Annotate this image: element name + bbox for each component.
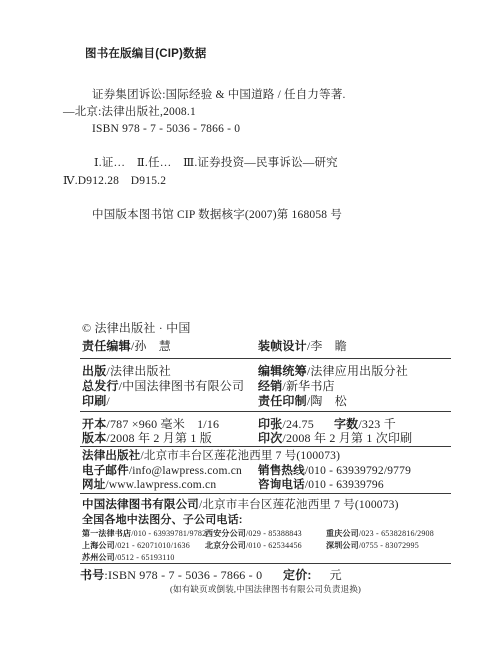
sales-hotline-value: /010 - 63939792/9779 xyxy=(305,465,411,477)
email-label: 电子邮件 xyxy=(82,465,129,477)
branch-cell: 第一法律书店/010 - 63939781/9782 xyxy=(82,529,205,539)
branch-label: 北京分公司 xyxy=(205,541,246,550)
book-number-row: 书号:ISBN 978 - 7 - 5036 - 7866 - 0 定价:元 xyxy=(80,568,262,582)
publisher-value: /法律出版社 xyxy=(106,364,171,378)
edition-cell: 版本/2008 年 2 月第 1 版 xyxy=(82,431,258,445)
sales-hotline-cell: 销售热线/010 - 63939792/9779 xyxy=(258,464,411,478)
format-cell: 开本/787 ×960 毫米 1/16 xyxy=(82,417,258,431)
replacement-note: (如有缺页或倒装,中国法律图书有限公司负责退换) xyxy=(170,582,361,596)
cip-imprint-line: —北京:法律出版社,2008.1 xyxy=(63,105,196,119)
branch-phone: /029 - 85388843 xyxy=(246,529,302,538)
branch-cell: 深圳公司/0755 - 83072995 xyxy=(326,541,419,550)
price-cell: 定价:元 xyxy=(283,568,342,582)
format-value: /787 ×960 毫米 1/16 xyxy=(106,417,219,431)
inquiry-phone-label: 咨询电话 xyxy=(258,479,305,491)
print-supervisor-cell: 责任印制/陶 松 xyxy=(258,394,347,408)
branch-label: 第一法律书店 xyxy=(82,529,131,538)
email-row: 电子邮件/info@lawpress.com.cn销售热线/010 - 6393… xyxy=(82,464,411,478)
inquiry-phone-cell: 咨询电话/010 - 63939796 xyxy=(258,478,384,492)
website-label: 网址 xyxy=(82,479,105,491)
staff-row: 责任编辑/孙 慧装帧设计/李 瞻 xyxy=(82,339,347,353)
printer-cell: 印刷/ xyxy=(82,394,258,408)
horizontal-rule-2 xyxy=(80,411,451,412)
branch-phone: /0755 - 83072995 xyxy=(359,541,419,550)
horizontal-rule-1 xyxy=(80,358,451,359)
coordination-cell: 编辑统筹/法律应用出版分社 xyxy=(258,364,408,378)
website-value: /www.lawpress.com.cn xyxy=(105,479,216,491)
retail-value: /新华书店 xyxy=(282,379,334,393)
coordination-value: /法律应用出版分社 xyxy=(307,364,408,378)
branch-row-3: 苏州公司/0512 - 65193110 xyxy=(82,553,205,563)
cip-title-line: 证券集团诉讼:国际经验 & 中国道路 / 任自力等著. xyxy=(92,88,346,102)
cip-class-line: Ⅳ.D912.28 D915.2 xyxy=(63,174,166,188)
bookstore-address-row: 中国法律图书有限公司/北京市丰台区莲花池西里 7 号(100073) xyxy=(82,498,399,512)
publish-row: 出版/法律出版社编辑统筹/法律应用出版分社 xyxy=(82,364,408,378)
branch-label: 上海公司 xyxy=(82,541,115,550)
wordcount-pair: 字数/323 千 xyxy=(334,417,396,431)
cip-subject-line: Ⅰ.证… Ⅱ.任… Ⅲ.证券投资—民事诉讼—研究 xyxy=(94,156,338,170)
format-row: 开本/787 ×960 毫米 1/16印张/24.75字数/323 千 xyxy=(82,417,396,431)
sales-hotline-label: 销售热线 xyxy=(258,465,305,477)
sheets-value: /24.75 xyxy=(282,417,314,431)
branch-cell: 北京分公司/010 - 62534456 xyxy=(205,541,326,551)
branch-cell: 重庆公司/023 - 65382816/2908 xyxy=(326,529,434,538)
price-value: 元 xyxy=(330,568,342,582)
designer-label: 装帧设计 xyxy=(258,339,307,353)
impression-value: /2008 年 2 月第 1 次印刷 xyxy=(282,431,412,445)
website-cell: 网址/www.lawpress.com.cn xyxy=(82,478,258,492)
email-value: /info@lawpress.com.cn xyxy=(129,465,242,477)
retail-label: 经销 xyxy=(258,379,282,393)
branch-phones-heading: 全国各地中法图分、子公司电话: xyxy=(82,513,243,527)
press-address-row: 法律出版社/北京市丰台区莲花池西里 7 号(100073) xyxy=(82,449,340,463)
branch-row-2: 上海公司/021 - 62071010/1636北京分公司/010 - 6253… xyxy=(82,541,419,551)
editor-label: 责任编辑 xyxy=(82,339,131,353)
print-supervisor-label: 责任印制 xyxy=(258,394,307,408)
branch-label: 苏州公司 xyxy=(82,553,115,562)
branch-phone: /010 - 63939781/9782 xyxy=(131,529,206,538)
book-number-label: 书号 xyxy=(80,568,104,582)
price-label: 定价: xyxy=(283,568,312,582)
cip-record-line: 中国版本图书馆 CIP 数据核字(2007)第 168058 号 xyxy=(92,208,342,222)
horizontal-rule-3 xyxy=(80,446,451,447)
sheets-label: 印张 xyxy=(258,417,282,431)
branch-phone: /0512 - 65193110 xyxy=(115,553,175,562)
website-row: 网址/www.lawpress.com.cn咨询电话/010 - 6393979… xyxy=(82,478,384,492)
cip-isbn-line: ISBN 978 - 7 - 5036 - 7866 - 0 xyxy=(92,122,240,136)
branch-cell: 上海公司/021 - 62071010/1636 xyxy=(82,541,205,551)
book-number-value: :ISBN 978 - 7 - 5036 - 7866 - 0 xyxy=(104,568,262,582)
editor-cell: 责任编辑/孙 慧 xyxy=(82,339,258,353)
wordcount-label: 字数 xyxy=(334,417,358,431)
branch-phone: /010 - 62534456 xyxy=(246,541,302,550)
impression-cell: 印次/2008 年 2 月第 1 次印刷 xyxy=(258,431,412,445)
distribution-row: 总发行/中国法律图书有限公司经销/新华书店 xyxy=(82,379,335,393)
press-name-label: 法律出版社 xyxy=(82,450,141,462)
publisher-cell: 出版/法律出版社 xyxy=(82,364,258,378)
copyright-page: 图书在版编目(CIP)数据 证券集团诉讼:国际经验 & 中国道路 / 任自力等著… xyxy=(0,0,504,648)
general-distributor-label: 总发行 xyxy=(82,379,119,393)
branch-label: 重庆公司 xyxy=(326,529,359,538)
editor-value: /孙 慧 xyxy=(131,339,171,353)
edition-row: 版本/2008 年 2 月第 1 版印次/2008 年 2 月第 1 次印刷 xyxy=(82,431,412,445)
branch-phone: /023 - 65382816/2908 xyxy=(359,529,434,538)
branch-label: 西安分公司 xyxy=(205,529,246,538)
printing-row: 印刷/责任印制/陶 松 xyxy=(82,394,347,408)
press-address-value: /北京市丰台区莲花池西里 7 号(100073) xyxy=(141,450,341,462)
branch-phone: /021 - 62071010/1636 xyxy=(115,541,190,550)
copyright-notice: © 法律出版社 · 中国 xyxy=(82,321,191,335)
edition-label: 版本 xyxy=(82,431,106,445)
general-distributor-value: /中国法律图书有限公司 xyxy=(119,379,245,393)
designer-value: /李 瞻 xyxy=(307,339,347,353)
email-cell: 电子邮件/info@lawpress.com.cn xyxy=(82,464,258,478)
bookstore-address-value: /北京市丰台区莲花池西里 7 号(100073) xyxy=(199,499,399,511)
designer-cell: 装帧设计/李 瞻 xyxy=(258,339,347,353)
inquiry-phone-value: /010 - 63939796 xyxy=(305,479,384,491)
branch-label: 深圳公司 xyxy=(326,541,359,550)
branch-cell: 西安分公司/029 - 85388843 xyxy=(205,529,326,539)
distributor-cell: 总发行/中国法律图书有限公司 xyxy=(82,379,258,393)
horizontal-rule-5 xyxy=(80,563,451,564)
sheets-pair: 印张/24.75 xyxy=(258,417,314,431)
branch-row-1: 第一法律书店/010 - 63939781/9782西安分公司/029 - 85… xyxy=(82,529,434,539)
horizontal-rule-4 xyxy=(80,493,451,494)
wordcount-value: /323 千 xyxy=(358,417,396,431)
cip-header: 图书在版编目(CIP)数据 xyxy=(85,47,206,61)
sheets-cell: 印张/24.75字数/323 千 xyxy=(258,417,396,431)
impression-label: 印次 xyxy=(258,431,282,445)
printer-label: 印刷 xyxy=(82,394,106,408)
bookstore-name-label: 中国法律图书有限公司 xyxy=(82,499,199,511)
print-supervisor-value: /陶 松 xyxy=(307,394,347,408)
branch-cell: 苏州公司/0512 - 65193110 xyxy=(82,553,205,563)
coordination-label: 编辑统筹 xyxy=(258,364,307,378)
publisher-label: 出版 xyxy=(82,364,106,378)
edition-value: /2008 年 2 月第 1 版 xyxy=(106,431,212,445)
format-label: 开本 xyxy=(82,417,106,431)
retail-cell: 经销/新华书店 xyxy=(258,379,335,393)
printer-value: / xyxy=(106,394,110,408)
